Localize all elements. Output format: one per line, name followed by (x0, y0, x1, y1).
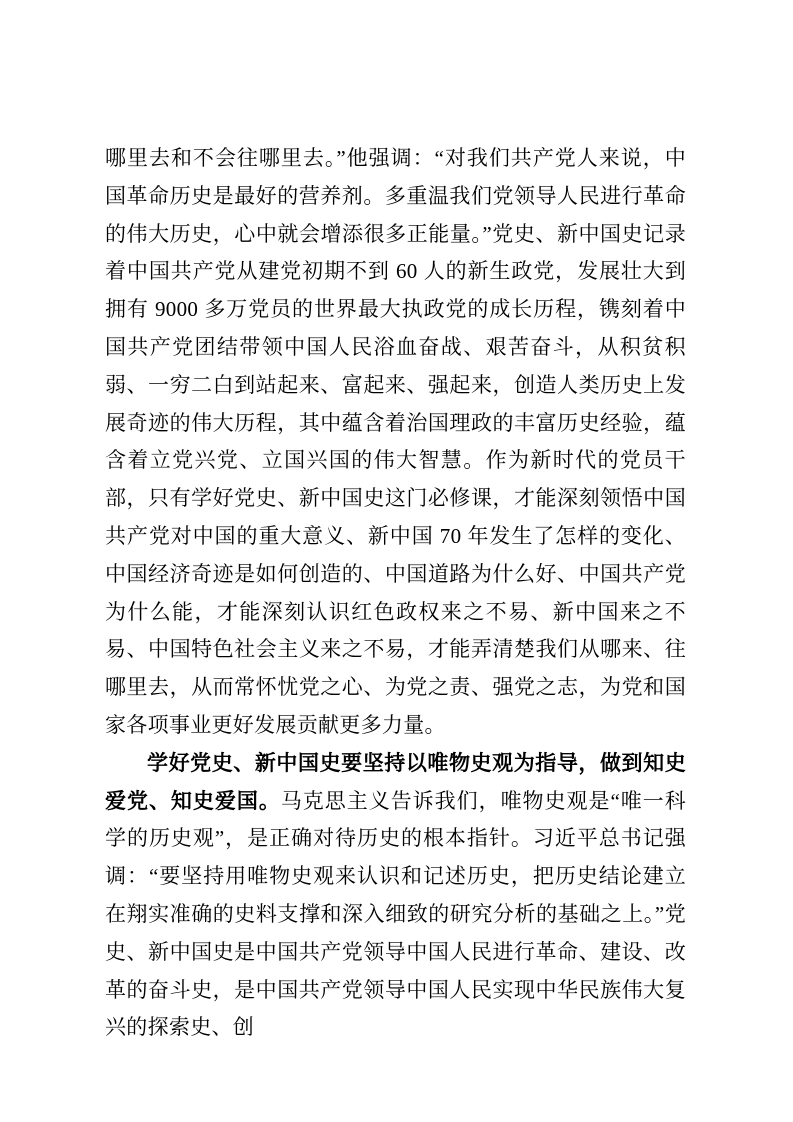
document-page: 哪里去和不会往哪里去。”他强调：“对我们共产党人来说，中国革命历史是最好的营养剂… (0, 0, 793, 1122)
paragraph-body-text: 哪里去和不会往哪里去。”他强调：“对我们共产党人来说，中国革命历史是最好的营养剂… (105, 146, 686, 737)
paragraph-body-text: 马克思主义告诉我们，唯物史观是“唯一科学的历史观”，是正确对待历史的根本指针。习… (105, 789, 686, 1040)
paragraph: 哪里去和不会往哪里去。”他强调：“对我们共产党人来说，中国革命历史是最好的营养剂… (105, 140, 686, 745)
document-body: 哪里去和不会往哪里去。”他强调：“对我们共产党人来说，中国革命历史是最好的营养剂… (105, 140, 686, 1047)
paragraph: 学好党史、新中国史要坚持以唯物史观为指导，做到知史爱党、知史爱国。马克思主义告诉… (105, 745, 686, 1047)
